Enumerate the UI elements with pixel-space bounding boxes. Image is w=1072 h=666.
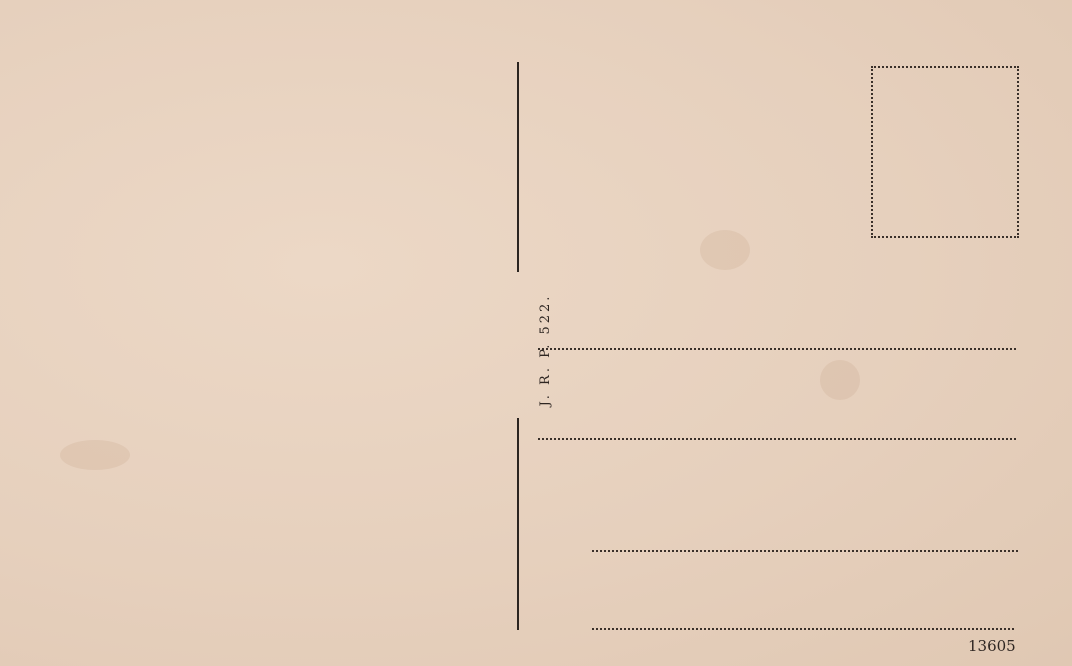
address-line-3 (592, 550, 1018, 552)
address-line-1 (538, 348, 1016, 350)
paper-stain (700, 230, 750, 270)
serial-number: 13605 (968, 637, 1016, 655)
paper-stain (820, 360, 860, 400)
center-divider-bottom (517, 418, 519, 630)
address-line-2 (538, 438, 1016, 440)
address-line-4 (592, 628, 1014, 630)
publisher-imprint: J. R. P. 522. (538, 290, 558, 410)
postcard-back: J. R. P. 522. 13605 (0, 0, 1072, 666)
center-divider-top (517, 62, 519, 272)
paper-stain (60, 440, 130, 470)
stamp-box (871, 66, 1019, 238)
